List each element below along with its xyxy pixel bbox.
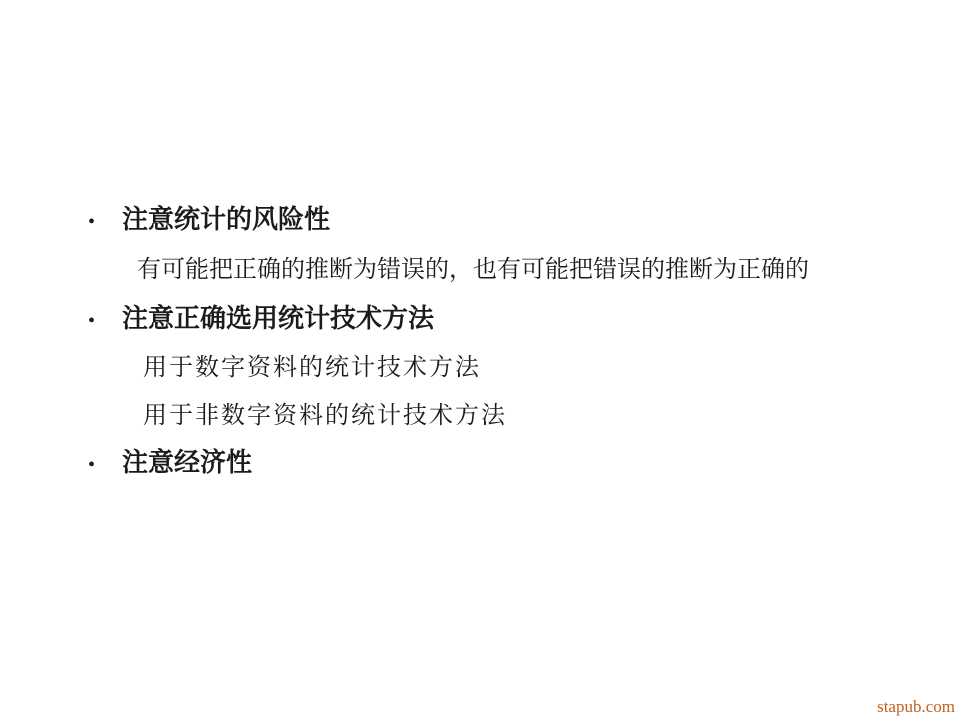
sub-item-risk-detail: 有可能把正确的推断为错误的，也有可能把错误的推断为正确的 — [137, 256, 809, 284]
sub-item-non-numeric-data: 用于非数字资料的统计技术方法 — [143, 402, 507, 430]
bullet-item-risk: •注意统计的风险性 — [88, 206, 330, 236]
bullet-icon: • — [88, 307, 122, 335]
slide: •注意统计的风险性 有可能把正确的推断为错误的，也有可能把错误的推断为正确的 •… — [0, 0, 960, 720]
bullet-item-text: 注意统计的风险性 — [122, 205, 330, 234]
sub-item-text: 有可能把正确的推断为错误的，也有可能把错误的推断为正确的 — [137, 257, 809, 283]
sub-item-text: 用于非数字资料的统计技术方法 — [143, 403, 507, 429]
sub-item-text: 用于数字资料的统计技术方法 — [143, 355, 481, 381]
bullet-icon: • — [88, 208, 122, 236]
bullet-item-economy: •注意经济性 — [88, 449, 252, 479]
watermark: stapub.com — [877, 697, 955, 717]
bullet-item-method-selection: •注意正确选用统计技术方法 — [88, 305, 434, 335]
bullet-item-text: 注意经济性 — [122, 448, 252, 477]
bullet-icon: • — [88, 451, 122, 479]
bullet-item-text: 注意正确选用统计技术方法 — [122, 304, 434, 333]
sub-item-numeric-data: 用于数字资料的统计技术方法 — [143, 354, 481, 382]
